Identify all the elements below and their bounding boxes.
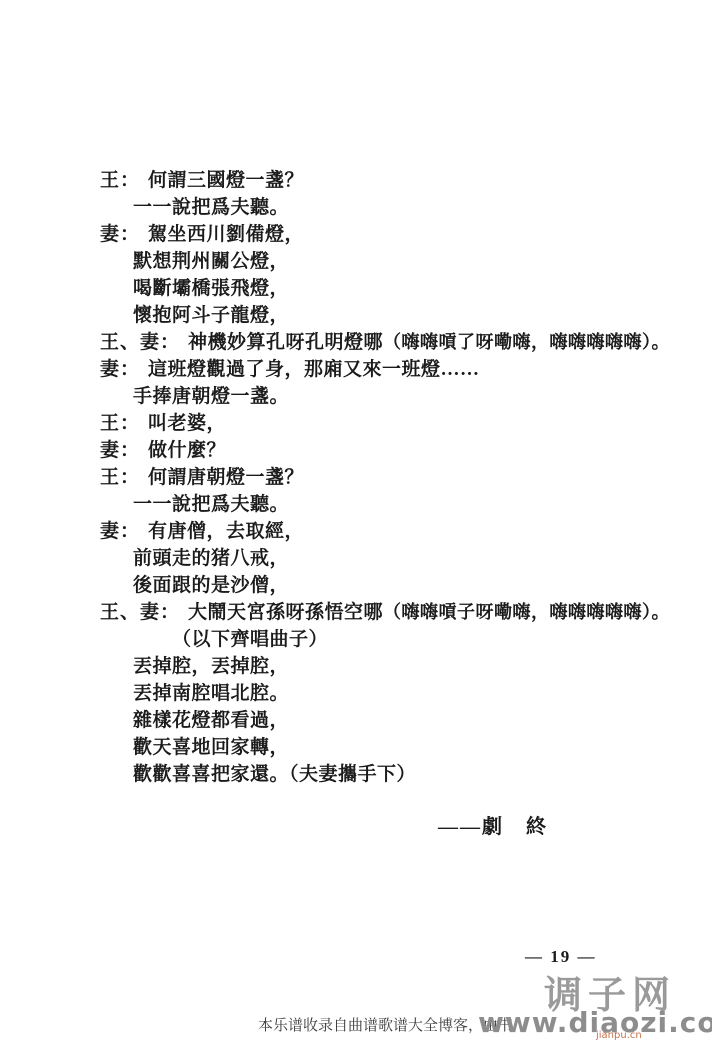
script-line: 王、妻：神機妙算孔呀孔明燈哪（嗨嗨嗊了呀嘞嗨，嗨嗨嗨嗨嗨）。 [100,329,680,356]
script-line: 懷抱阿斗子龍燈， [100,302,680,329]
script-line: 後面跟的是沙僧， [100,572,680,599]
line-text: 手捧唐朝燈一盞。 [133,386,289,407]
line-text: 前頭走的猪八戒， [133,548,289,569]
script-line: 丟掉南腔唱北腔。 [100,680,680,707]
end-of-play-mark: ——劇 終 [438,810,548,839]
script-line: 歡天喜地回家轉， [100,734,680,761]
script-line: 默想荆州關公燈， [100,248,680,275]
line-text: 歡歡喜喜把家還。（夫妻攜手下） [133,764,416,785]
line-text: 一一說把爲夫聽。 [133,197,289,218]
watermark-overlay-text: jianpu.cn [596,1030,642,1041]
line-text: 一一說把爲夫聽。 [133,494,289,515]
line-text: 丟掉南腔唱北腔。 [133,683,289,704]
script-line: 王：何謂三國燈一盞？ [100,167,680,194]
chorus-refrain: （嗨嗨嗊子呀嘞嗨，嗨嗨嗨嗨嗨）。 [383,602,670,622]
watermark-site-url: www.diaozi.com [478,1006,712,1039]
line-text: 後面跟的是沙僧， [133,575,289,596]
script-line: 妻：做什麼？ [100,437,680,464]
line-text: 駕坐西川劉備燈， [148,224,304,245]
speaker-label: 王、妻： [100,332,180,353]
script-line: 歡歡喜喜把家還。（夫妻攜手下） [100,761,680,788]
line-text: 大鬧天宮孫呀孫悟空哪 [188,602,383,623]
stage-direction: （以下齊唱曲子） [100,626,680,653]
speaker-label: 王： [100,413,140,434]
script-line: 一一說把爲夫聽。 [100,491,680,518]
line-text: 喝斷壩橋張飛燈， [133,278,289,299]
script-line: 雜樣花燈都看過， [100,707,680,734]
speaker-label: 妻： [100,224,140,245]
line-text: 雜樣花燈都看過， [133,710,289,731]
speaker-label: 妻： [100,521,140,542]
script-line: 喝斷壩橋張飛燈， [100,275,680,302]
script-text-block: 王：何謂三國燈一盞？ 一一說把爲夫聽。 妻：駕坐西川劉備燈， 默想荆州關公燈， … [100,167,680,788]
speaker-label: 妻： [100,359,140,380]
script-line: 丟掉腔，丟掉腔， [100,653,680,680]
line-text: 神機妙算孔呀孔明燈哪 [188,332,383,353]
line-text: 有唐僧，去取經， [148,521,304,542]
script-line: 前頭走的猪八戒， [100,545,680,572]
line-text: 默想荆州關公燈， [133,251,289,272]
speaker-label: 王、妻： [100,602,180,623]
script-line: 王：叫老婆， [100,410,680,437]
script-line: 王：何謂唐朝燈一盞？ [100,464,680,491]
script-line: 王、妻：大鬧天宮孫呀孫悟空哪（嗨嗨嗊子呀嘞嗨，嗨嗨嗨嗨嗨）。 [100,599,680,626]
line-text: 做什麼？ [148,440,226,461]
script-line: 妻：駕坐西川劉備燈， [100,221,680,248]
line-text: 何謂三國燈一盞？ [148,170,304,191]
script-line: 一一說把爲夫聽。 [100,194,680,221]
line-text: 何謂唐朝燈一盞？ [148,467,304,488]
speaker-label: 王： [100,467,140,488]
script-line: 妻：有唐僧，去取經， [100,518,680,545]
line-text: 這班燈觀過了身，那廂又來一班燈…… [148,359,480,380]
script-line: 妻：這班燈觀過了身，那廂又來一班燈…… [100,356,680,383]
speaker-label: 妻： [100,440,140,461]
line-text: 懷抱阿斗子龍燈， [133,305,289,326]
line-text: 歡天喜地回家轉， [133,737,289,758]
line-text: 丟掉腔，丟掉腔， [133,656,289,677]
line-text: 叫老婆， [148,413,226,434]
footer-source-note: 本乐谱收录自曲谱歌谱大全博客，由书 [258,1014,513,1035]
line-text: （以下齊唱曲子） [172,629,328,650]
chorus-refrain: （嗨嗨嗊了呀嘞嗨，嗨嗨嗨嗨嗨）。 [383,332,670,352]
script-line: 手捧唐朝燈一盞。 [100,383,680,410]
speaker-label: 王： [100,170,140,191]
scanned-book-page: 王：何謂三國燈一盞？ 一一說把爲夫聽。 妻：駕坐西川劉備燈， 默想荆州關公燈， … [0,0,712,1049]
